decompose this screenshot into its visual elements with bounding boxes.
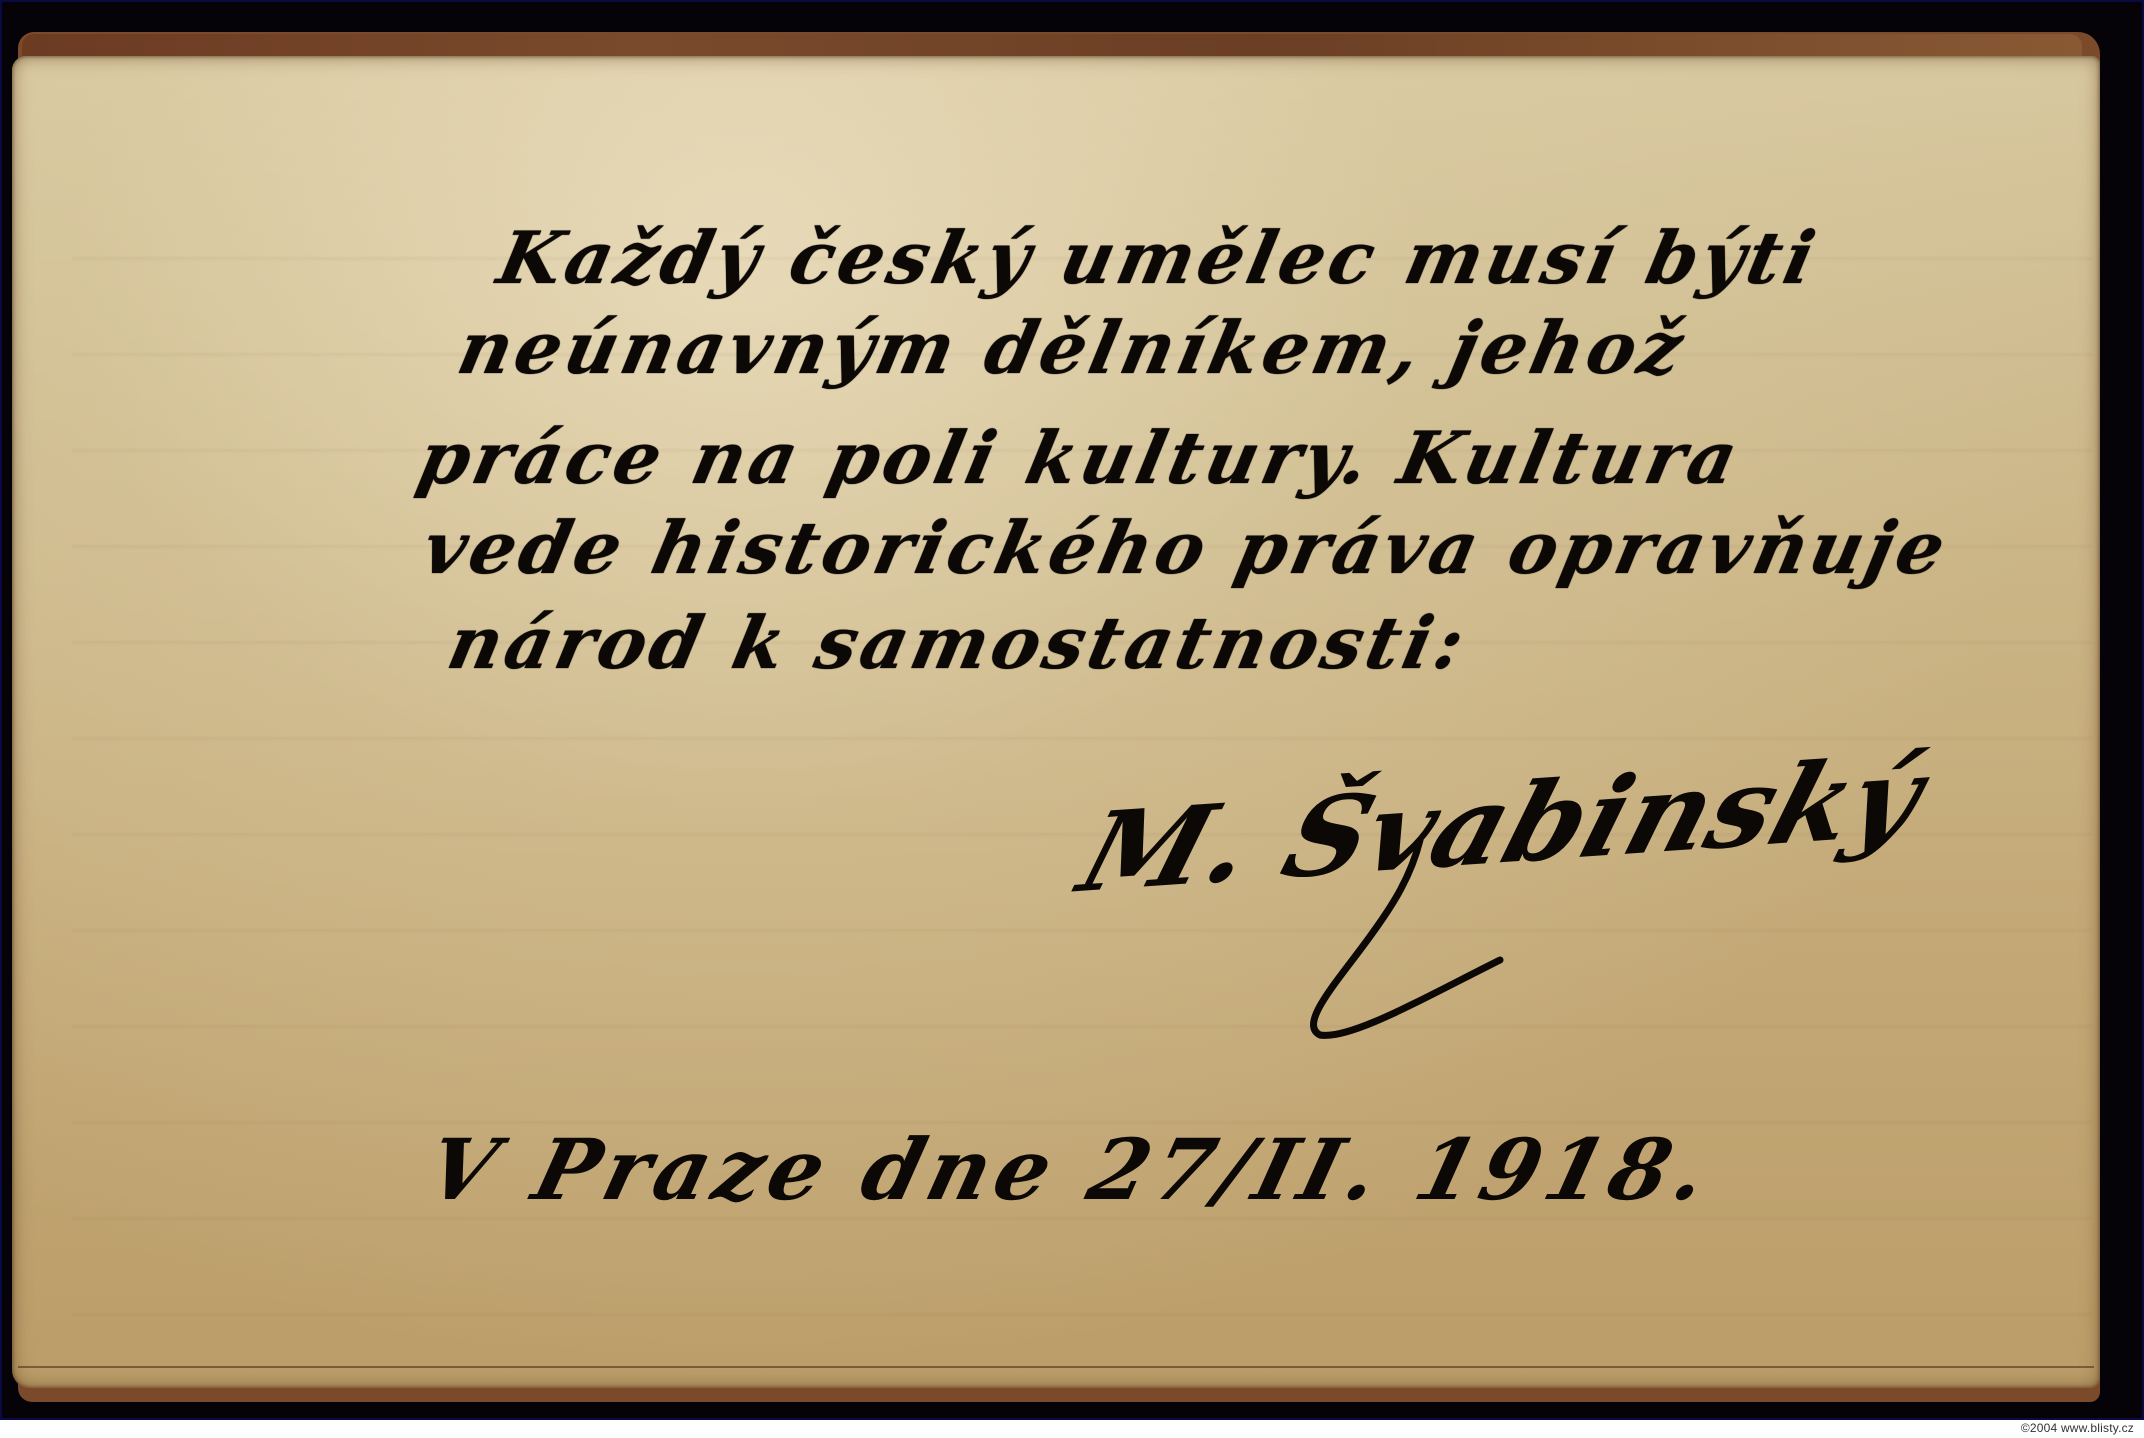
handwriting-area: Každý český umělec musí býti neúnavným d…	[0, 0, 2144, 1438]
signature-flourish-icon	[1300, 840, 1560, 1040]
body-line-3: práce na poli kultury. Kultura	[411, 415, 1749, 500]
photo-frame: Každý český umělec musí býti neúnavným d…	[0, 0, 2144, 1420]
copyright-notice: ©2004 www.blisty.cz	[2021, 1421, 2134, 1435]
body-line-1: Každý český umělec musí býti	[491, 215, 1826, 300]
body-line-5: národ k samostatnosti:	[441, 600, 1476, 685]
date-line: V Praze dne 27/II. 1918.	[418, 1120, 1724, 1219]
body-line-2: neúnavným dělníkem, jehož	[451, 305, 1694, 390]
body-line-4: vede historického práva opravňuje	[416, 505, 1957, 590]
